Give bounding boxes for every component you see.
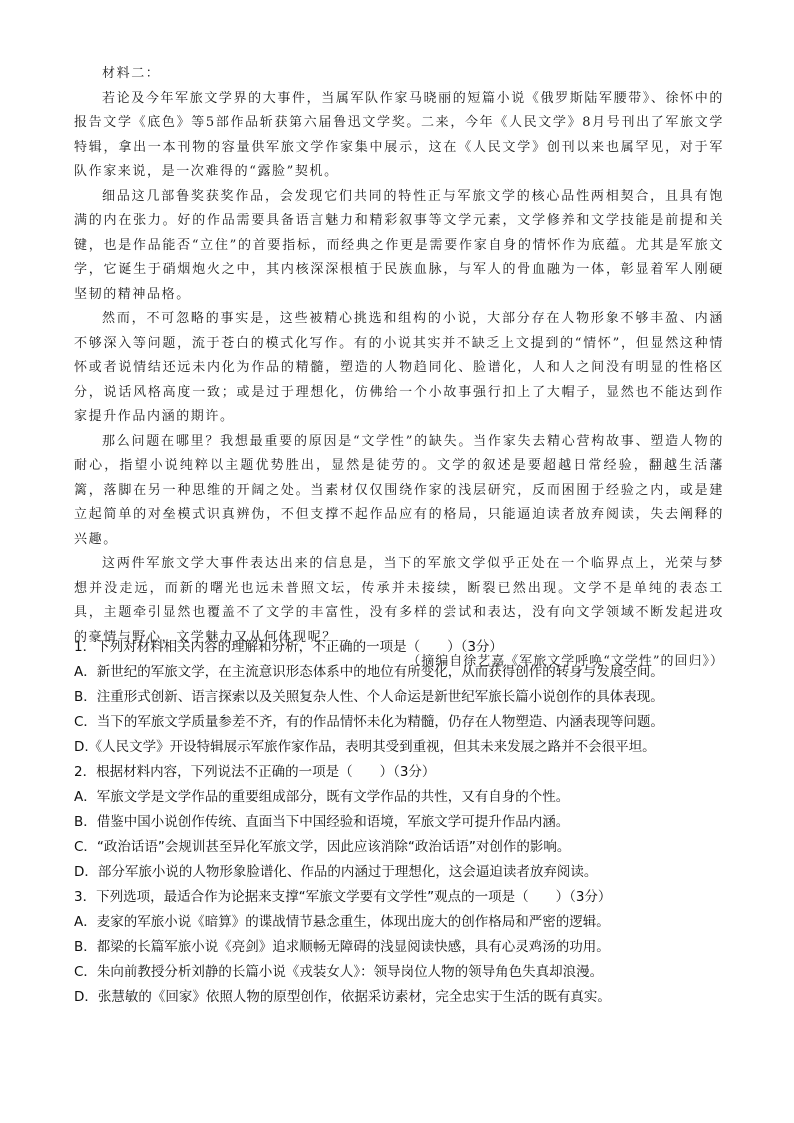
option-d: D．部分军旅小说的人物形象脸谱化、作品的内涵过于理想化，这会逼迫读者放弃阅读。: [74, 860, 734, 885]
question-stem: 2．根据材料内容，下列说法不正确的一项是（ ）（3分）: [74, 760, 734, 785]
option-a: A．麦家的军旅小说《暗算》的谍战情节悬念重生，体现出庞大的创作格局和严密的逻辑。: [74, 910, 734, 935]
option-c: C．当下的军旅文学质量参差不齐，有的作品情怀未化为精髓，仍存在人物塑造、内涵表现…: [74, 710, 734, 735]
question-1: 1．下列对材料相关内容的理解和分析，不正确的一项是（ ）（3分） A．新世纪的军…: [74, 635, 734, 760]
question-stem: 3．下列选项，最适合作为论据来支撑“军旅文学要有文学性”观点的一项是（ ）（3分…: [74, 885, 734, 910]
question-3: 3．下列选项，最适合作为论据来支撑“军旅文学要有文学性”观点的一项是（ ）（3分…: [74, 885, 734, 1010]
material-paragraph: 那么问题在哪里？我想最重要的原因是“文学性”的缺失。当作家失去精心营构故事、塑造…: [74, 430, 724, 553]
option-d: D.《人民文学》开设特辑展示军旅作家作品，表明其受到重视，但其未来发展之路并不会…: [74, 735, 734, 760]
document-page: 材料二： 若论及今年军旅文学界的大事件，当属军队作家马晓丽的短篇小说《俄罗斯陆军…: [0, 0, 794, 1123]
option-c: C．“政治话语”会规训甚至异化军旅文学，因此应该消除“政治话语”对创作的影响。: [74, 835, 734, 860]
material-paragraph: 若论及今年军旅文学界的大事件，当属军队作家马晓丽的短篇小说《俄罗斯陆军腰带》、徐…: [74, 87, 724, 185]
option-b: B．注重形式创新、语言探索以及关照复杂人性、个人命运是新世纪军旅长篇小说创作的具…: [74, 685, 734, 710]
question-stem: 1．下列对材料相关内容的理解和分析，不正确的一项是（ ）（3分）: [74, 635, 734, 660]
option-b: B．都梁的长篇军旅小说《亮剑》追求顺畅无障碍的浅显阅读快感，具有心灵鸡汤的功用。: [74, 935, 734, 960]
material-paragraph: 细品这几部鲁奖获奖作品，会发现它们共同的特性正与军旅文学的核心品性两相契合，且具…: [74, 185, 724, 308]
option-c: C．朱向前教授分析刘静的长篇小说《戎装女人》：领导岗位人物的领导角色失真却浪漫。: [74, 960, 734, 985]
option-a: A．军旅文学是文学作品的重要组成部分，既有文学作品的共性，又有自身的个性。: [74, 785, 734, 810]
question-2: 2．根据材料内容，下列说法不正确的一项是（ ）（3分） A．军旅文学是文学作品的…: [74, 760, 734, 885]
option-a: A．新世纪的军旅文学，在主流意识形态体系中的地位有所变化，从而获得创作的转身与发…: [74, 660, 734, 685]
material-paragraph: 然而，不可忽略的事实是，这些被精心挑选和组构的小说，大部分存在人物形象不够丰盈、…: [74, 307, 724, 430]
reading-material: 材料二： 若论及今年军旅文学界的大事件，当属军队作家马晓丽的短篇小说《俄罗斯陆军…: [74, 62, 724, 675]
option-b: B．借鉴中国小说创作传统、直面当下中国经验和语境，军旅文学可提升作品内涵。: [74, 810, 734, 835]
option-d: D．张慧敏的《回家》依照人物的原型创作，依据采访素材，完全忠实于生活的既有真实。: [74, 985, 734, 1010]
material-heading: 材料二：: [74, 62, 724, 87]
question-list: 1．下列对材料相关内容的理解和分析，不正确的一项是（ ）（3分） A．新世纪的军…: [74, 635, 734, 1010]
